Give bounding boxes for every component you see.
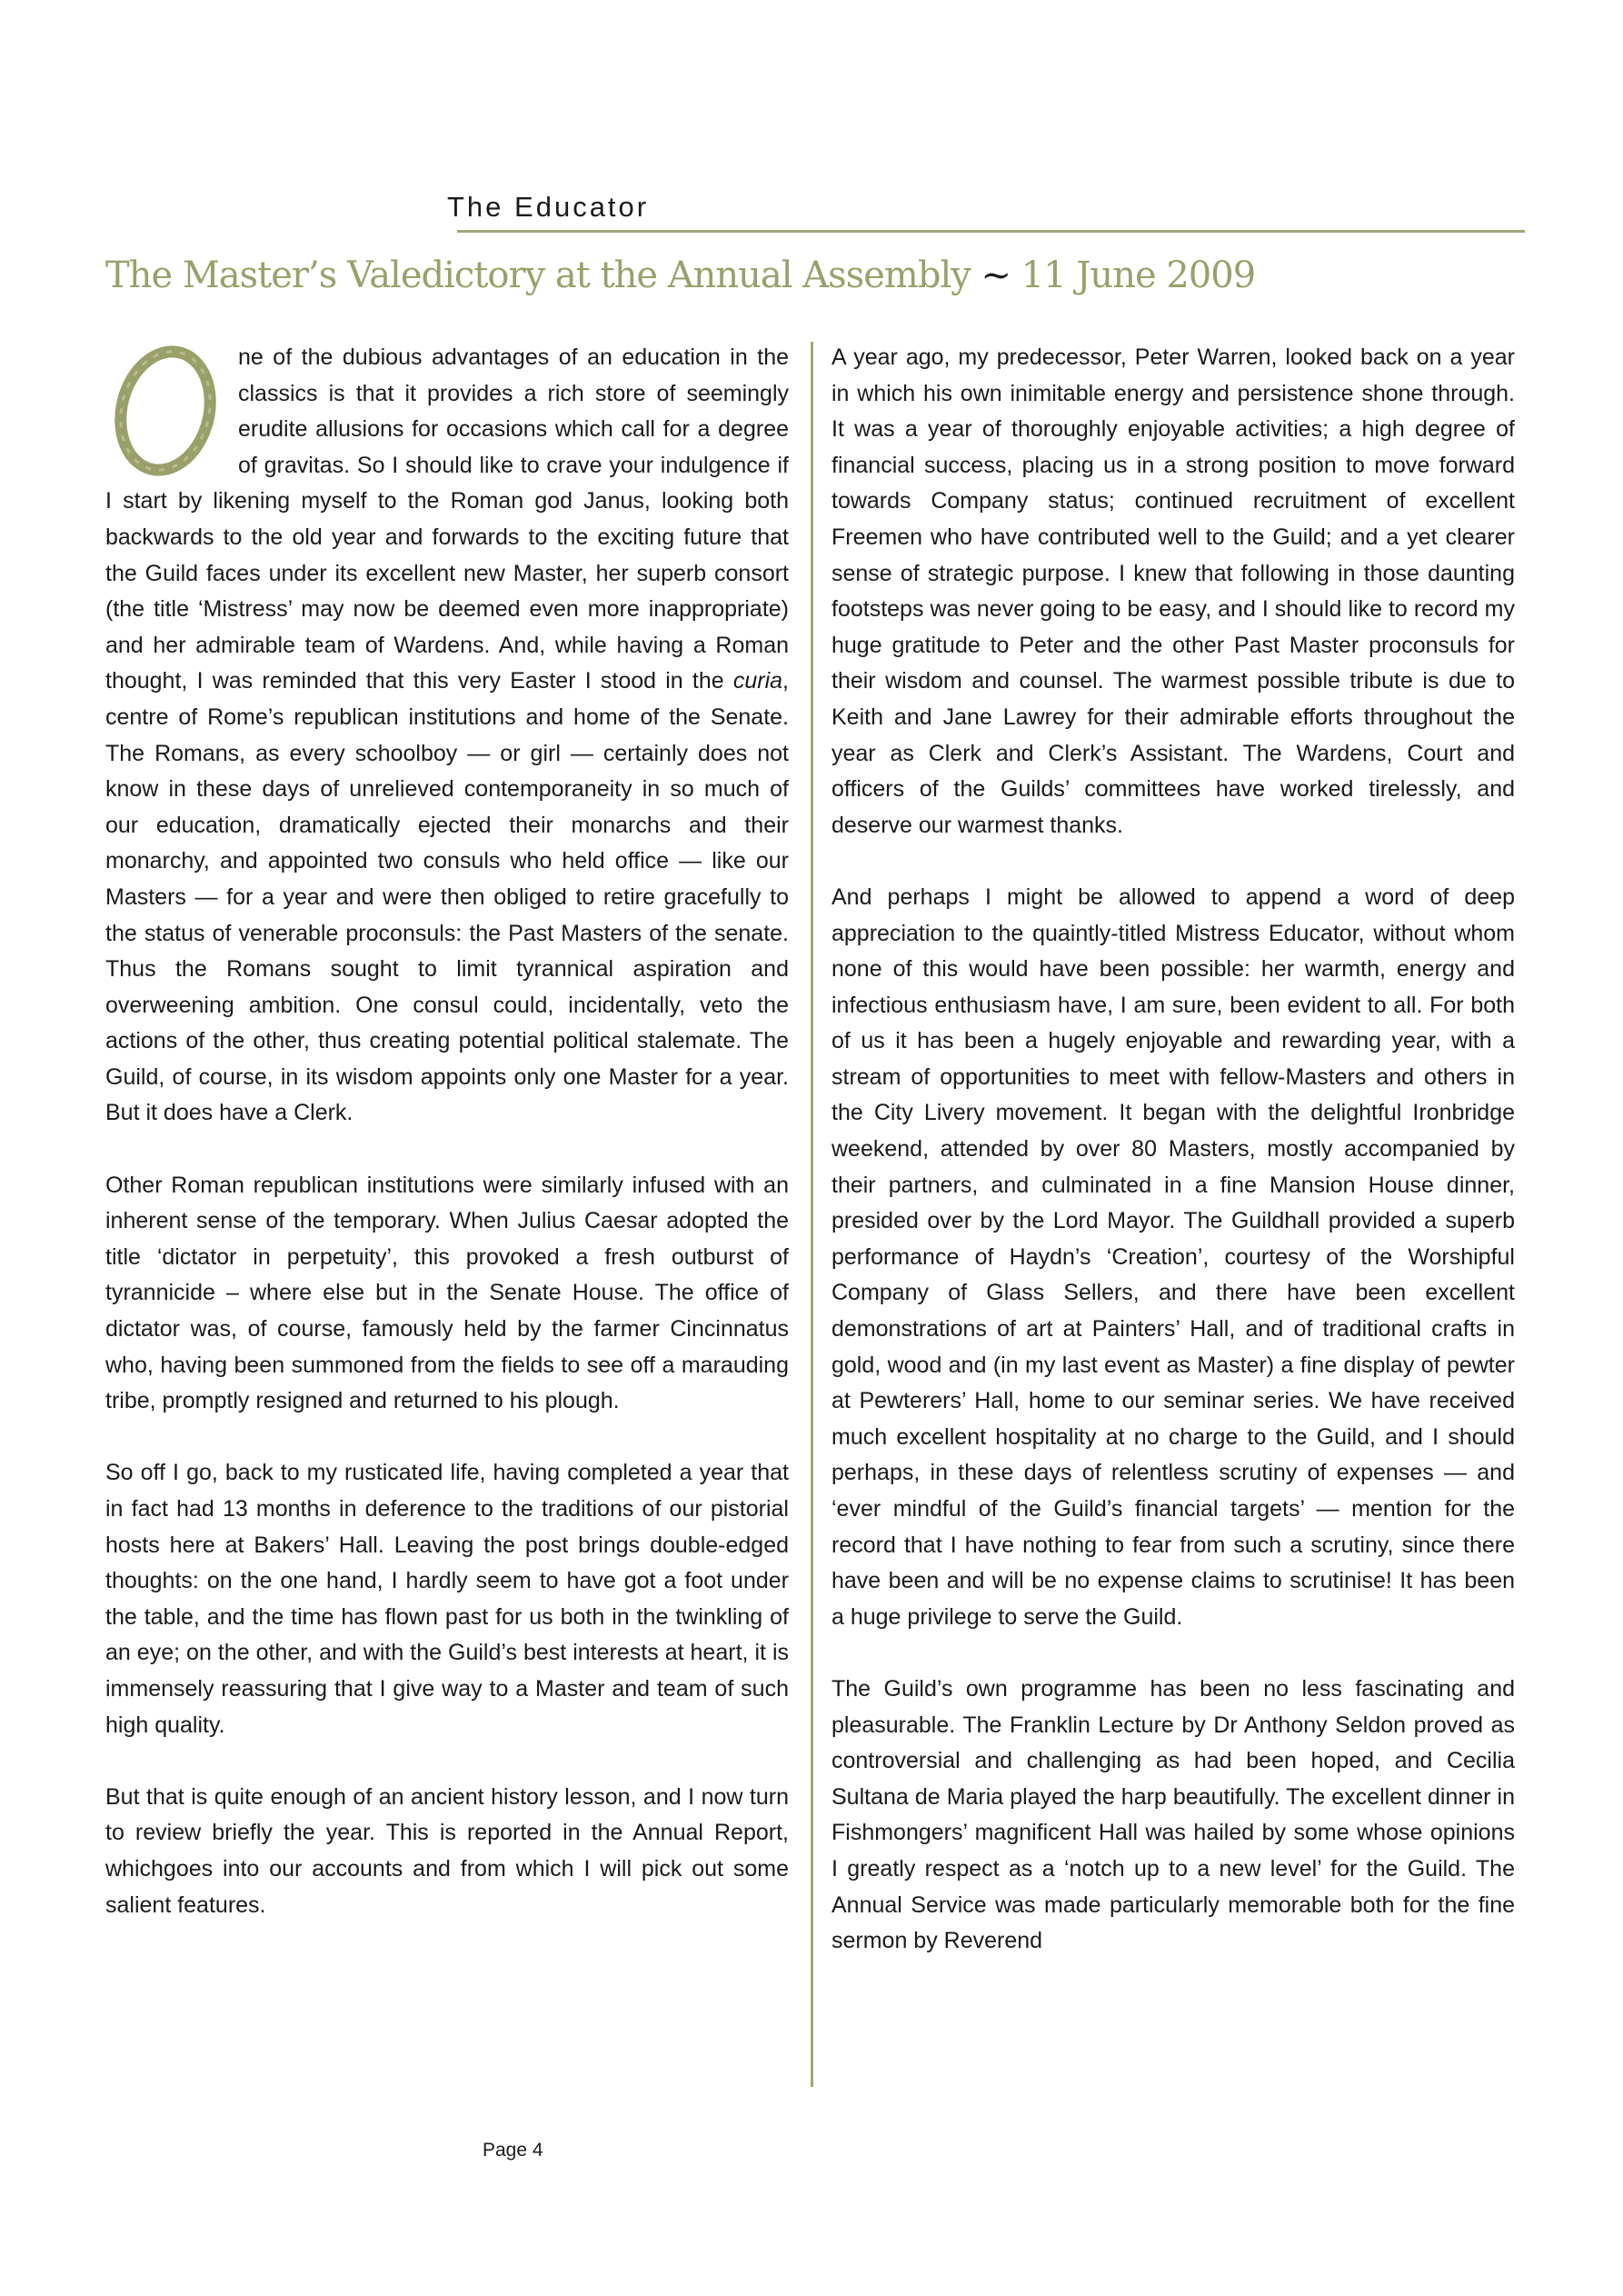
curia-italic: curia (733, 668, 782, 694)
paragraph-6: And perhaps I might be allowed to append… (831, 880, 1515, 1635)
column-divider (811, 342, 813, 2087)
paragraph-4: But that is quite enough of an ancient h… (105, 1780, 789, 1923)
right-column: A year ago, my predecessor, Peter Warren… (831, 340, 1515, 1960)
page-number: Page 4 (483, 2140, 543, 2161)
publication-name: The Educator (447, 193, 649, 221)
left-column: ne of the dubious advantages of an educa… (105, 340, 789, 1923)
article-title: The Master’s Valedictory at the Annual A… (105, 255, 1255, 295)
paragraph-1-rest: , centre of Rome’s republican institutio… (105, 668, 789, 1125)
drop-cap-o-icon (105, 340, 233, 484)
header-rule (457, 230, 1525, 233)
paragraph-2: Other Roman republican institutions were… (105, 1168, 789, 1420)
paragraph-1: ne of the dubious advantages of an educa… (105, 340, 789, 1132)
title-separator: ~ (981, 255, 1011, 296)
paragraph-3: So off I go, back to my rusticated life,… (105, 1455, 789, 1743)
paragraph-5: A year ago, my predecessor, Peter Warren… (831, 340, 1515, 844)
paragraph-7: The Guild’s own programme has been no le… (831, 1672, 1515, 1960)
article-title-main: The Master’s Valedictory at the Annual A… (105, 255, 971, 296)
article-title-date: 11 June 2009 (1021, 255, 1255, 296)
